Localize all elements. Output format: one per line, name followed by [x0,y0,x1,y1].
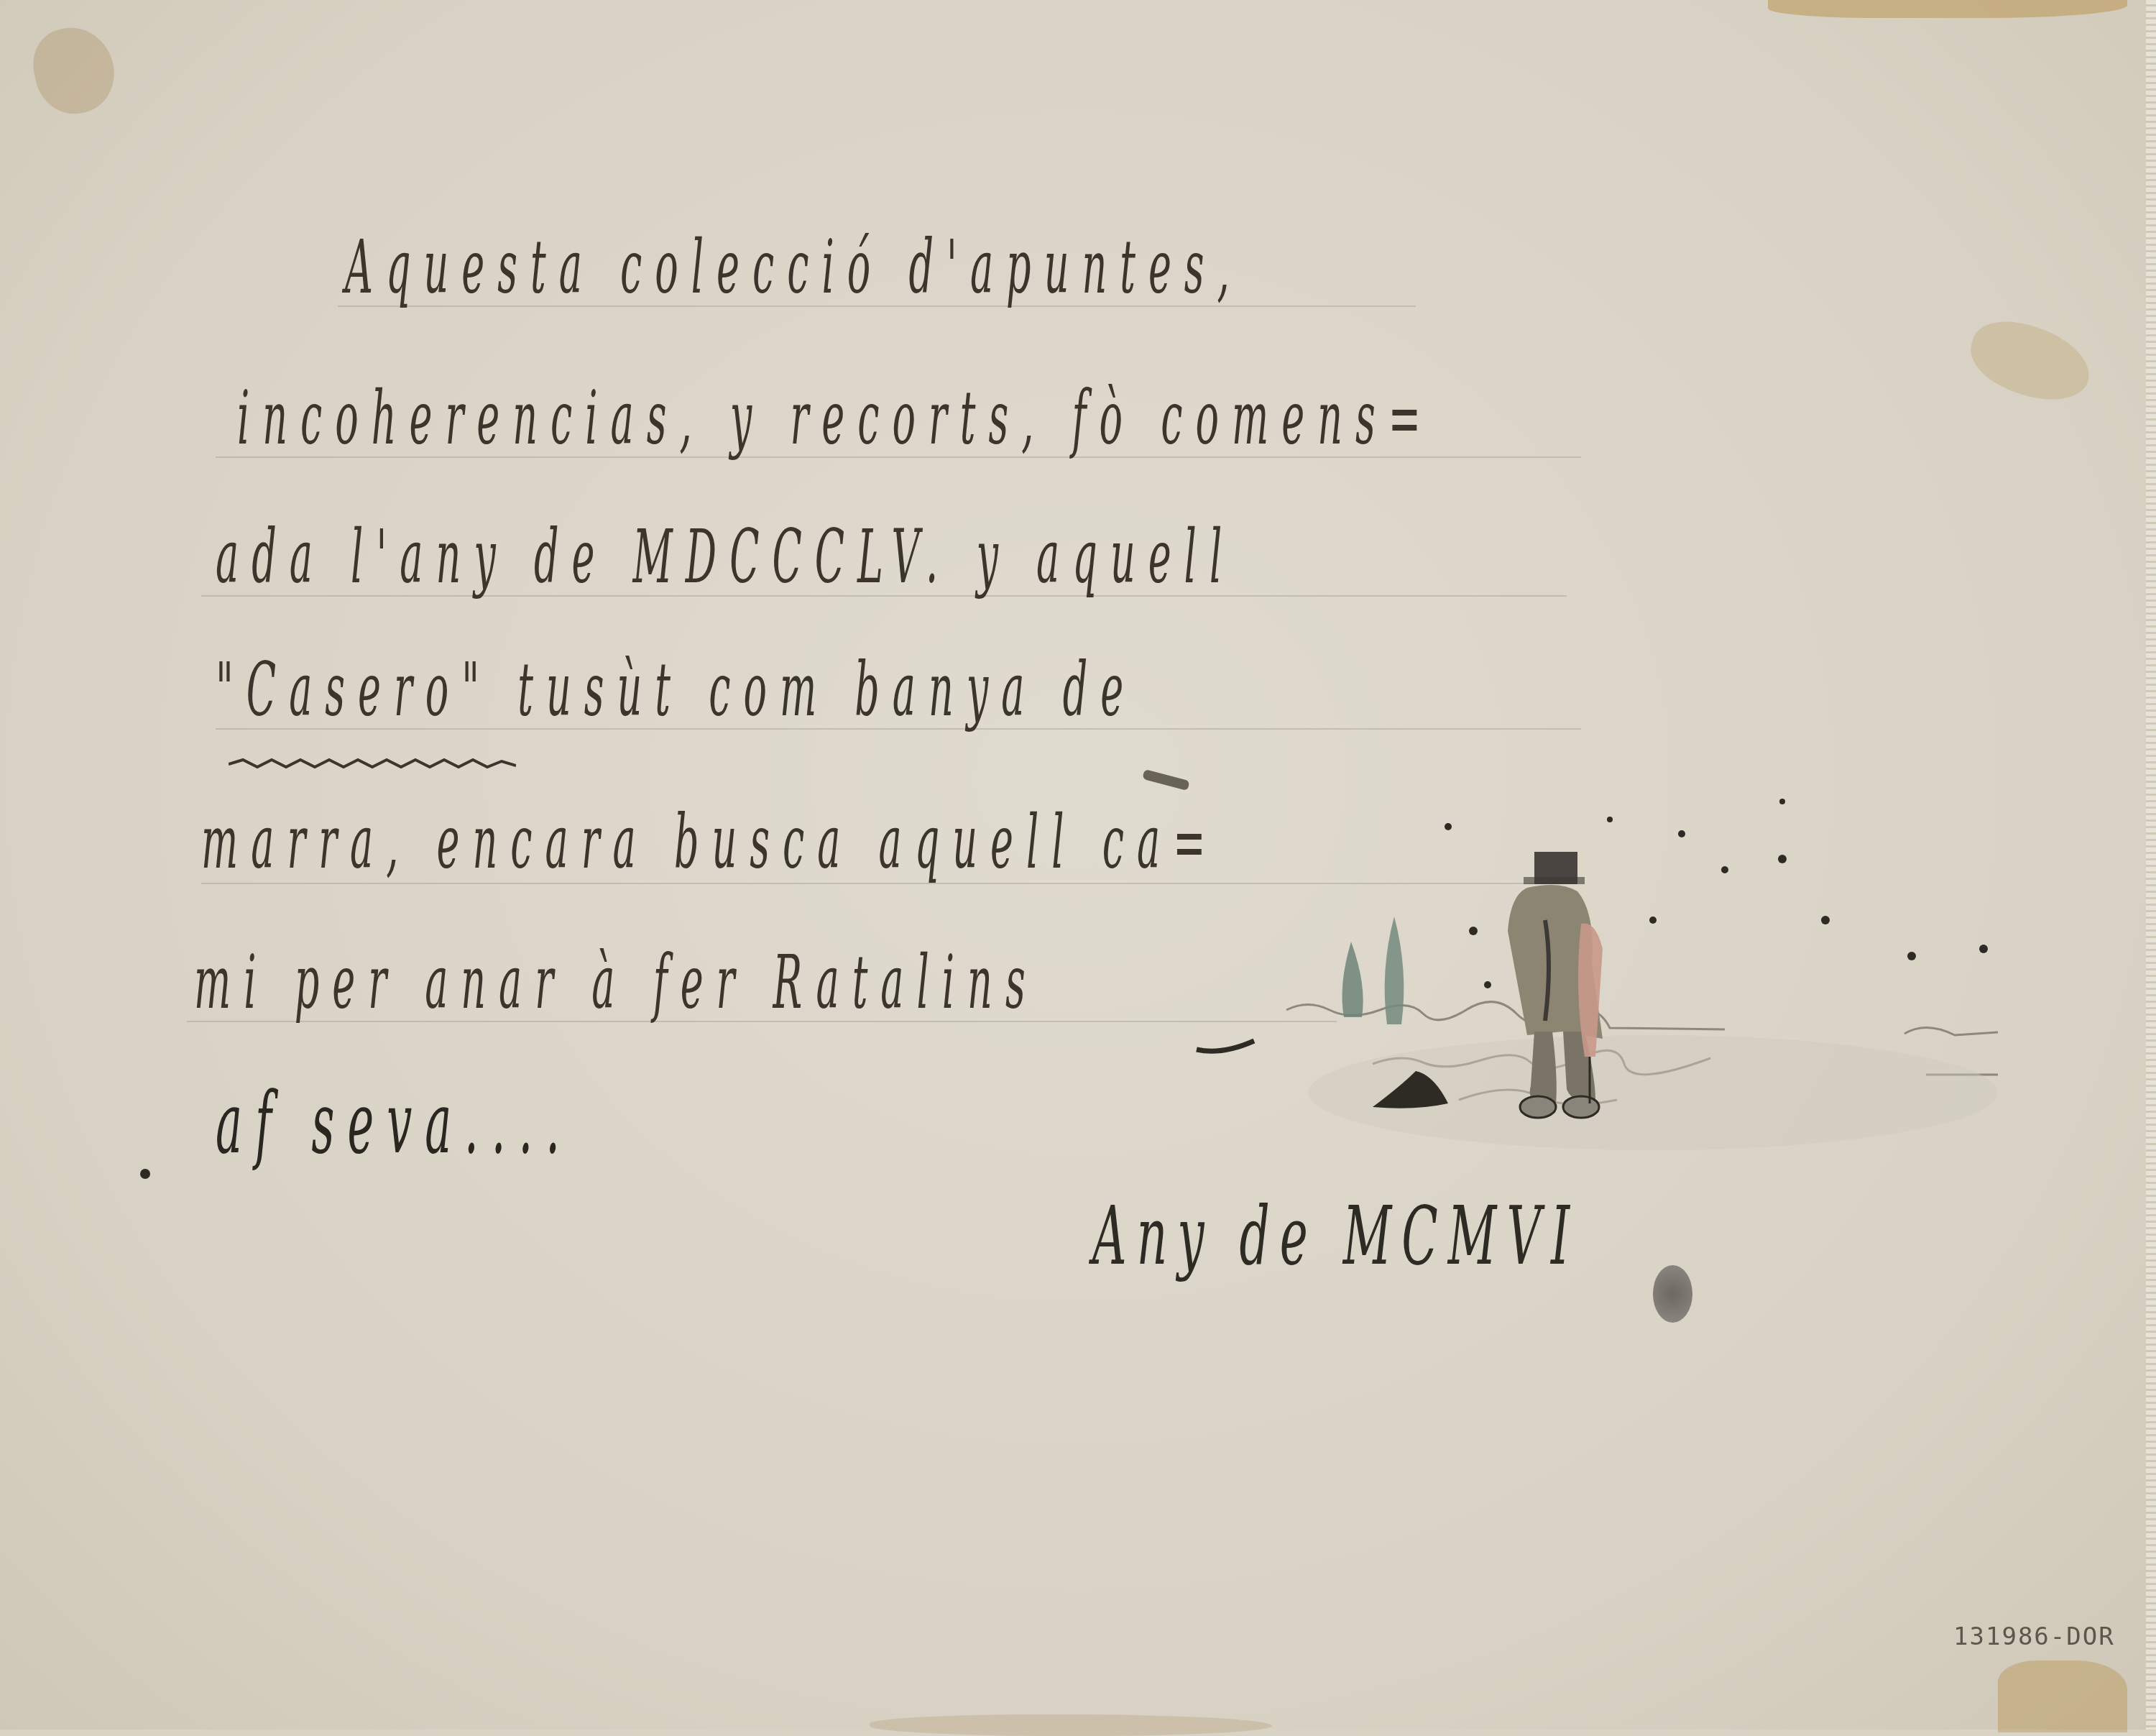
ink-smudge [1142,769,1189,791]
catalog-number: 131986-DOR [1953,1622,2115,1651]
text-line-1: Aquesta colecció d'apuntes, [345,231,1243,305]
text-line-4: "Casero" tusùt com banya de [216,653,1136,727]
cypress-tree [1342,942,1363,1017]
ratalins-underline [1193,1035,1258,1057]
manuscript-page: Aquesta colecció d'apuntes, incoherencia… [0,0,2156,1730]
water-stain [1998,1661,2127,1730]
text-line-3: ada l'any de MDCCCLV. y aquell [216,520,1235,594]
water-stain [1768,0,2127,18]
ink-blot [1653,1265,1692,1323]
date-signature: Any de MCMVI [1092,1189,1580,1283]
text-line-6: mi per anar à fer Ratalins [194,946,1038,1020]
water-stain [870,1714,1272,1730]
watercolor-illustration [1279,791,1998,1150]
water-stain [27,20,122,121]
text-line-7: af seva.... [216,1081,573,1166]
wavy-underline [229,757,516,771]
text-line-5: marra, encara busca aquell ca= [201,806,1218,880]
text-line-2: incoherencias, y recorts, fò comens= [237,382,1434,456]
deckled-edge [2146,0,2156,1730]
ink-dot [140,1169,150,1179]
cypress-tree [1385,917,1404,1024]
water-stain [1961,310,2099,413]
